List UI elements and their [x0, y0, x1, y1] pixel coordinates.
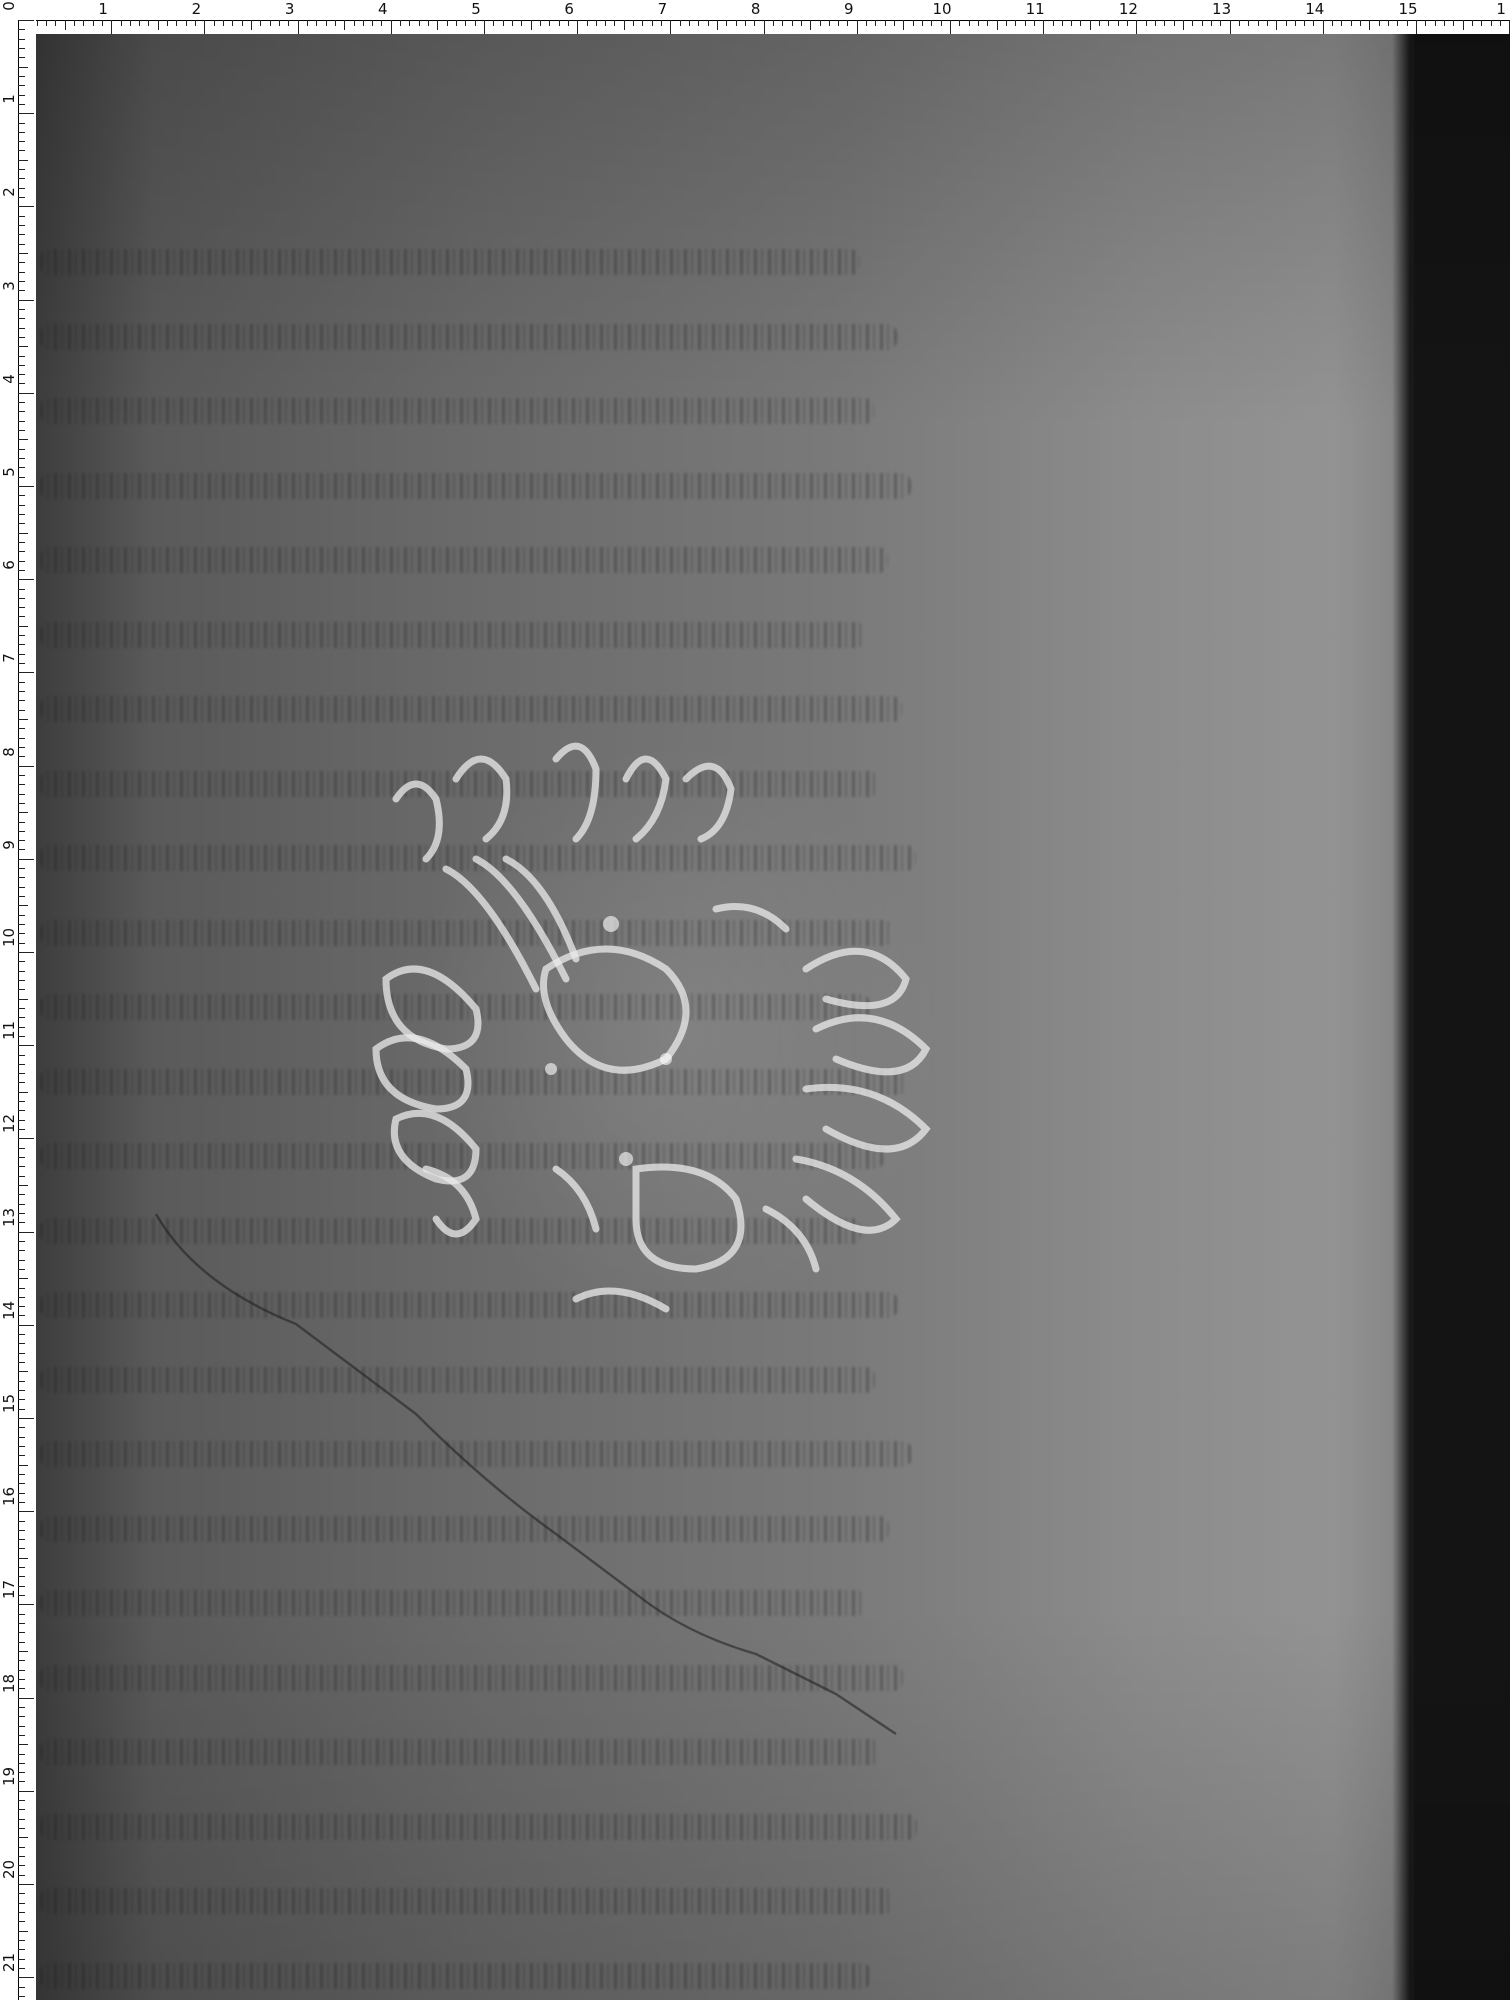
- ruler-left-tick: [18, 402, 25, 403]
- ruler-top-tick: [400, 20, 401, 26]
- ruler-left-tick: [18, 812, 28, 813]
- ruler-top-tick: [456, 20, 457, 26]
- ruler-top-tick: [465, 20, 466, 26]
- ruler-left-tick: [18, 1567, 25, 1568]
- ruler-left-tick: [18, 1157, 25, 1158]
- ruler-left-tick: [18, 1120, 25, 1121]
- ruler-top-tick: [1481, 20, 1482, 26]
- ruler-left-tick: [18, 1604, 34, 1605]
- ruler-left-tick: [18, 1138, 34, 1139]
- ruler-left-tick: [18, 477, 25, 478]
- ruler-top-tick: [903, 20, 904, 30]
- ruler-top-tick: [987, 20, 988, 26]
- ruler-top-tick: [503, 20, 504, 26]
- ruler-top-tick: [521, 20, 522, 26]
- ruler-left-tick: [18, 1614, 25, 1615]
- ruler-top-tick: [232, 20, 233, 26]
- ruler-top-tick: [1304, 20, 1305, 26]
- ruler-top-tick: [801, 20, 802, 26]
- ruler-left-tick: [18, 337, 25, 338]
- ruler-left-tick: [18, 775, 25, 776]
- ruler-top-tick: [997, 20, 998, 30]
- ruler-top-tick: [1239, 20, 1240, 26]
- ruler-top-tick: [754, 20, 755, 26]
- ruler-top-tick: [1351, 20, 1352, 26]
- ruler-top-tick: [176, 20, 177, 26]
- ruler-top-tick: [922, 20, 923, 26]
- ruler-left-tick: [18, 1763, 25, 1764]
- ruler-left-label: 14: [1, 1302, 17, 1320]
- ruler-top-tick: [931, 20, 932, 26]
- ruler-left-tick: [18, 924, 25, 925]
- ruler-top-tick: [978, 20, 979, 26]
- ruler-left-tick: [18, 822, 25, 823]
- ruler-left-label: 20: [1, 1861, 17, 1879]
- ruler-top-tick: [894, 20, 895, 26]
- ruler-left-tick: [18, 1828, 25, 1829]
- ruler-left-tick: [18, 663, 25, 664]
- ruler-top-tick: [83, 20, 84, 26]
- ruler-left-label: 16: [1, 1488, 17, 1506]
- ruler-left-tick: [18, 1884, 34, 1885]
- ruler-top-tick: [279, 20, 280, 26]
- ruler-left-tick: [18, 952, 34, 953]
- ruler-top-tick: [1174, 20, 1175, 26]
- ruler-top-label: 15: [1398, 1, 1417, 17]
- ruler-left-label: 3: [1, 277, 17, 295]
- ruler-left-tick: [18, 486, 34, 487]
- ruler-left-tick: [18, 1698, 34, 1699]
- ruler-top-tick: [391, 20, 392, 34]
- ruler-left-tick: [18, 1996, 25, 1997]
- ruler-top-tick: [1500, 20, 1501, 26]
- ruler-left-tick: [18, 654, 25, 655]
- ruler-top-tick: [782, 20, 783, 26]
- ruler-left-tick: [18, 1576, 25, 1577]
- ruler-left-tick: [18, 1213, 25, 1214]
- ruler-left-tick: [18, 1800, 25, 1801]
- ruler-left-tick: [18, 1679, 25, 1680]
- ruler-top-tick: [1397, 20, 1398, 26]
- ruler-left-tick: [18, 1670, 25, 1671]
- ruler-top-label: 3: [285, 1, 295, 17]
- ruler-top-tick: [1286, 20, 1287, 26]
- ruler-left-label: 13: [1, 1209, 17, 1227]
- ruler-top-label: 4: [378, 1, 388, 17]
- ruler-top-tick: [624, 20, 625, 30]
- ruler-left-tick: [18, 756, 25, 757]
- ruler-left-tick: [18, 20, 34, 21]
- ruler-top-label: 11: [1026, 1, 1045, 17]
- ruler-left-tick: [18, 766, 34, 767]
- ruler-left-tick: [18, 1092, 28, 1093]
- ruler-left-tick: [18, 1688, 25, 1689]
- manuscript-scan: [36, 34, 1510, 2000]
- ruler-left-label: 2: [1, 183, 17, 201]
- ruler-left-tick: [18, 169, 25, 170]
- ruler-top-tick: [717, 20, 718, 30]
- ruler-left-tick: [18, 1288, 25, 1289]
- ruler-top-tick: [1164, 20, 1165, 26]
- ruler-left-tick: [18, 318, 25, 319]
- ruler-left-tick: [18, 738, 25, 739]
- ruler-top-label: 14: [1305, 1, 1324, 17]
- ruler-left-tick: [18, 1530, 25, 1531]
- ruler-left-tick: [18, 1269, 25, 1270]
- ruler-left-tick: [18, 188, 25, 189]
- ruler-left-tick: [18, 849, 25, 850]
- ruler-top-tick: [1006, 20, 1007, 26]
- ruler-left-tick: [18, 495, 25, 496]
- ruler-top-tick: [1136, 20, 1137, 34]
- ruler-left-tick: [18, 1931, 28, 1932]
- ruler-left: 0123456789101112131415161718192021: [0, 0, 36, 2000]
- ruler-left-tick: [18, 1232, 34, 1233]
- ruler-top-tick: [708, 20, 709, 26]
- ruler-top-label: 2: [192, 1, 202, 17]
- ruler-left-label: 15: [1, 1395, 17, 1413]
- ruler-top-tick: [65, 20, 66, 30]
- ruler-left-tick: [18, 1949, 25, 1950]
- ruler-top-tick: [559, 20, 560, 26]
- ruler-left-tick: [18, 896, 25, 897]
- ruler-left-tick: [18, 1651, 28, 1652]
- ruler-top-tick: [55, 20, 56, 26]
- ruler-left-tick: [18, 1548, 25, 1549]
- ruler-top-tick: [652, 20, 653, 26]
- ruler-left-tick: [18, 150, 25, 151]
- ruler-left-tick: [18, 943, 25, 944]
- ruler-left-tick: [18, 281, 25, 282]
- ruler-top-tick: [130, 20, 131, 26]
- ruler-left-tick: [18, 1623, 25, 1624]
- ruler-top-tick: [773, 20, 774, 26]
- ruler-left-label: 7: [1, 649, 17, 667]
- ruler-top-label: 6: [564, 1, 574, 17]
- ruler-top-tick: [885, 20, 886, 26]
- ruler-left-tick: [18, 300, 34, 301]
- ruler-left-tick: [18, 961, 25, 962]
- ruler-left-tick: [18, 626, 28, 627]
- ruler-top-tick: [736, 20, 737, 26]
- ruler-left-tick: [18, 1036, 25, 1037]
- ruler-top-tick: [204, 20, 205, 34]
- ruler-top-tick: [1295, 20, 1296, 26]
- ruler-left-tick: [18, 561, 25, 562]
- ruler-top-tick: [1444, 20, 1445, 26]
- ruler-left-tick: [18, 1781, 25, 1782]
- ruler-top-tick: [838, 20, 839, 26]
- ruler-top-tick: [158, 20, 159, 30]
- ruler-top-label: 5: [471, 1, 481, 17]
- ruler-top-tick: [354, 20, 355, 26]
- ruler-top-tick: [512, 20, 513, 26]
- ruler-top-tick: [866, 20, 867, 26]
- ruler-left-tick: [18, 1735, 25, 1736]
- ruler-left-tick: [18, 1381, 25, 1382]
- ruler-left-tick: [18, 383, 25, 384]
- ruler-left-tick: [18, 48, 25, 49]
- ruler-top-tick: [1369, 20, 1370, 30]
- ruler-left-tick: [18, 533, 28, 534]
- ruler-top-tick: [1388, 20, 1389, 26]
- ruler-top-label: 8: [751, 1, 761, 17]
- ruler-top-tick: [642, 20, 643, 26]
- ruler-left-tick: [18, 1064, 25, 1065]
- ruler-left-tick: [18, 1297, 25, 1298]
- ruler-top-tick: [726, 20, 727, 26]
- ruler-top-tick: [148, 20, 149, 26]
- ruler-left-tick: [18, 1194, 25, 1195]
- ruler-left-tick: [18, 551, 25, 552]
- ruler-top-tick: [1360, 20, 1361, 26]
- ruler-top-tick: [288, 20, 289, 26]
- ruler-left-tick: [18, 1204, 25, 1205]
- ruler-left-tick: [18, 1027, 25, 1028]
- ruler-left-tick: [18, 67, 28, 68]
- ruler-left-tick: [18, 1185, 28, 1186]
- ruler-top-tick: [251, 20, 252, 30]
- ruler-left-tick: [18, 1399, 25, 1400]
- ruler-left-tick: [18, 1455, 25, 1456]
- ruler-left-tick: [18, 1483, 25, 1484]
- ruler-top-tick: [307, 20, 308, 26]
- ruler-left-tick: [18, 1493, 25, 1494]
- ruler-top-tick: [121, 20, 122, 26]
- ruler-left-tick: [18, 272, 25, 273]
- ruler-top-tick: [223, 20, 224, 26]
- ruler-left-tick: [18, 1427, 25, 1428]
- ruler-left-tick: [18, 1744, 28, 1745]
- ruler-left-baseline: [18, 20, 19, 2000]
- ruler-top-tick: [1323, 20, 1324, 34]
- ruler-left-tick: [18, 1110, 25, 1111]
- ruler-top-tick: [913, 20, 914, 26]
- ruler-top-tick: [670, 20, 671, 34]
- ruler-left-tick: [18, 1353, 25, 1354]
- ruler-left-tick: [18, 700, 25, 701]
- ruler-top-tick: [102, 20, 103, 26]
- ruler-left-tick: [18, 915, 25, 916]
- ruler-top-tick: [419, 20, 420, 26]
- ruler-left-tick: [18, 505, 25, 506]
- ruler-left-tick: [18, 1008, 25, 1009]
- ruler-left-tick: [18, 1912, 25, 1913]
- ruler-left-tick: [18, 719, 28, 720]
- ruler-left-tick: [18, 1474, 25, 1475]
- ruler-left-tick: [18, 803, 25, 804]
- ruler-top-tick: [596, 20, 597, 26]
- ruler-top-tick: [111, 20, 112, 34]
- ruler-top-tick: [568, 20, 569, 26]
- ruler-left-label: 9: [1, 836, 17, 854]
- ruler-left-tick: [18, 1726, 25, 1727]
- ruler-left-tick: [18, 1632, 25, 1633]
- ruler-left-tick: [18, 1325, 34, 1326]
- ruler-left-tick: [18, 309, 25, 310]
- ruler-left-tick: [18, 411, 25, 412]
- ruler-left-tick: [18, 1241, 25, 1242]
- ruler-top: 01234567891011121314151: [0, 0, 1510, 34]
- ruler-top-tick: [37, 20, 38, 26]
- ruler-left-tick: [18, 1642, 25, 1643]
- ruler-left-tick: [18, 616, 25, 617]
- ruler-left-tick: [18, 1511, 34, 1512]
- ruler-left-label: 1: [1, 90, 17, 108]
- ruler-top-tick: [1230, 20, 1231, 34]
- ruler-left-tick: [18, 449, 25, 450]
- ruler-left-tick: [18, 346, 28, 347]
- ruler-left-tick: [18, 1865, 25, 1866]
- ruler-left-tick: [18, 1893, 25, 1894]
- ruler-left-tick: [18, 728, 25, 729]
- ruler-left-tick: [18, 542, 25, 543]
- ruler-top-tick: [260, 20, 261, 26]
- ruler-left-tick: [18, 1371, 28, 1372]
- ruler-top-label: 12: [1119, 1, 1138, 17]
- ruler-top-tick: [1080, 20, 1081, 26]
- ruler-top-tick: [689, 20, 690, 26]
- ruler-left-label: 8: [1, 743, 17, 761]
- ruler-top-label: 10: [932, 1, 951, 17]
- ruler-top-tick: [875, 20, 876, 26]
- ruler-left-tick: [18, 1660, 25, 1661]
- ruler-top-tick: [605, 20, 606, 26]
- ruler-left-tick: [18, 1707, 25, 1708]
- ruler-left-tick: [18, 1502, 25, 1503]
- ruler-top-tick: [316, 20, 317, 26]
- ruler-left-tick: [18, 178, 25, 179]
- ruler-top-tick: [1043, 20, 1044, 34]
- ruler-top-tick: [1053, 20, 1054, 26]
- ruler-left-tick: [18, 262, 25, 263]
- ruler-left-tick: [18, 1306, 25, 1307]
- ruler-left-tick: [18, 104, 25, 105]
- ruler-left-tick: [18, 1772, 25, 1773]
- ruler-left-tick: [18, 589, 25, 590]
- ruler-top-tick: [1313, 20, 1314, 26]
- ruler-left-label: 12: [1, 1115, 17, 1133]
- ruler-top-tick: [1332, 20, 1333, 26]
- ruler-top-tick: [847, 20, 848, 26]
- ruler-left-tick: [18, 374, 25, 375]
- ruler-left-tick: [18, 859, 34, 860]
- ruler-top-tick: [959, 20, 960, 26]
- ruler-left-label: 4: [1, 370, 17, 388]
- ruler-top-tick: [577, 20, 578, 34]
- ruler-top-tick: [186, 20, 187, 26]
- ruler-left-tick: [18, 430, 25, 431]
- ruler-top-label: 1: [1496, 1, 1506, 17]
- ruler-left-tick: [18, 989, 25, 990]
- ruler-left-tick: [18, 1987, 25, 1988]
- ruler-left-tick: [18, 514, 25, 515]
- ruler-top-tick: [214, 20, 215, 26]
- ruler-left-tick: [18, 831, 25, 832]
- ruler-left-tick: [18, 999, 28, 1000]
- ruler-top-tick: [969, 20, 970, 26]
- ruler-top-tick: [1211, 20, 1212, 26]
- ruler-top-tick: [46, 20, 47, 26]
- ruler-left-tick: [18, 141, 25, 142]
- ruler-top-tick: [1062, 20, 1063, 26]
- ruler-top-label: 7: [658, 1, 668, 17]
- ruler-top-tick: [447, 20, 448, 26]
- ruler-left-label: 5: [1, 463, 17, 481]
- ruler-left-tick: [18, 76, 25, 77]
- ruler-left-tick: [18, 1558, 28, 1559]
- ruler-top-tick: [950, 20, 951, 34]
- ruler-left-tick: [18, 1260, 25, 1261]
- ruler-top-tick: [242, 20, 243, 26]
- ruler-top-tick: [1341, 20, 1342, 26]
- ruler-top-tick: [661, 20, 662, 26]
- ruler-left-tick: [18, 868, 25, 869]
- ruler-left-tick: [18, 1055, 25, 1056]
- ruler-left-label: 6: [1, 556, 17, 574]
- ruler-left-tick: [18, 598, 25, 599]
- ruler-left-tick: [18, 95, 25, 96]
- ruler-top-tick: [363, 20, 364, 26]
- ruler-left-tick: [18, 132, 25, 133]
- ruler-left-tick: [18, 1921, 25, 1922]
- ruler-left-tick: [18, 672, 34, 673]
- ruler-left-tick: [18, 1875, 25, 1876]
- ruler-top-tick: [810, 20, 811, 30]
- ruler-top-tick: [1416, 20, 1417, 34]
- ruler-top-tick: [1202, 20, 1203, 26]
- ruler-left-label: 11: [1, 1022, 17, 1040]
- ruler-left-label: 0: [1, 0, 17, 15]
- ruler-top-tick: [857, 20, 858, 34]
- ruler-left-tick: [18, 225, 25, 226]
- ruler-left-tick: [18, 747, 25, 748]
- ruler-left-tick: [18, 1129, 25, 1130]
- ruler-top-tick: [437, 20, 438, 30]
- ruler-left-tick: [18, 467, 25, 468]
- ruler-left-tick: [18, 980, 25, 981]
- ruler-left-tick: [18, 1940, 25, 1941]
- ruler-top-tick: [764, 20, 765, 34]
- ruler-left-tick: [18, 1045, 34, 1046]
- ruler-left-tick: [18, 691, 25, 692]
- ruler-left-label: 17: [1, 1581, 17, 1599]
- ruler-top-tick: [1220, 20, 1221, 26]
- ruler-left-tick: [18, 1343, 25, 1344]
- ruler-top-tick: [270, 20, 271, 26]
- ruler-left-tick: [18, 1082, 25, 1083]
- ruler-left-label: 10: [1, 929, 17, 947]
- ruler-top-tick: [139, 20, 140, 26]
- ruler-left-tick: [18, 1101, 25, 1102]
- ruler-left-tick: [18, 197, 25, 198]
- ruler-top-tick: [409, 20, 410, 26]
- ruler-left-tick: [18, 356, 25, 357]
- ruler-top-tick: [1472, 20, 1473, 26]
- ruler-left-tick: [18, 1362, 25, 1363]
- ruler-left-tick: [18, 1017, 25, 1018]
- ruler-top-tick: [326, 20, 327, 26]
- ruler-top-tick: [820, 20, 821, 26]
- ruler-left-tick: [18, 579, 34, 580]
- ruler-left-label: 21: [1, 1954, 17, 1972]
- ruler-left-label: 19: [1, 1768, 17, 1786]
- ruler-top-tick: [335, 20, 336, 26]
- ruler-top-tick: [167, 20, 168, 26]
- ruler-left-tick: [18, 365, 25, 366]
- ruler-left-tick: [18, 1959, 25, 1960]
- ruler-left-tick: [18, 206, 34, 207]
